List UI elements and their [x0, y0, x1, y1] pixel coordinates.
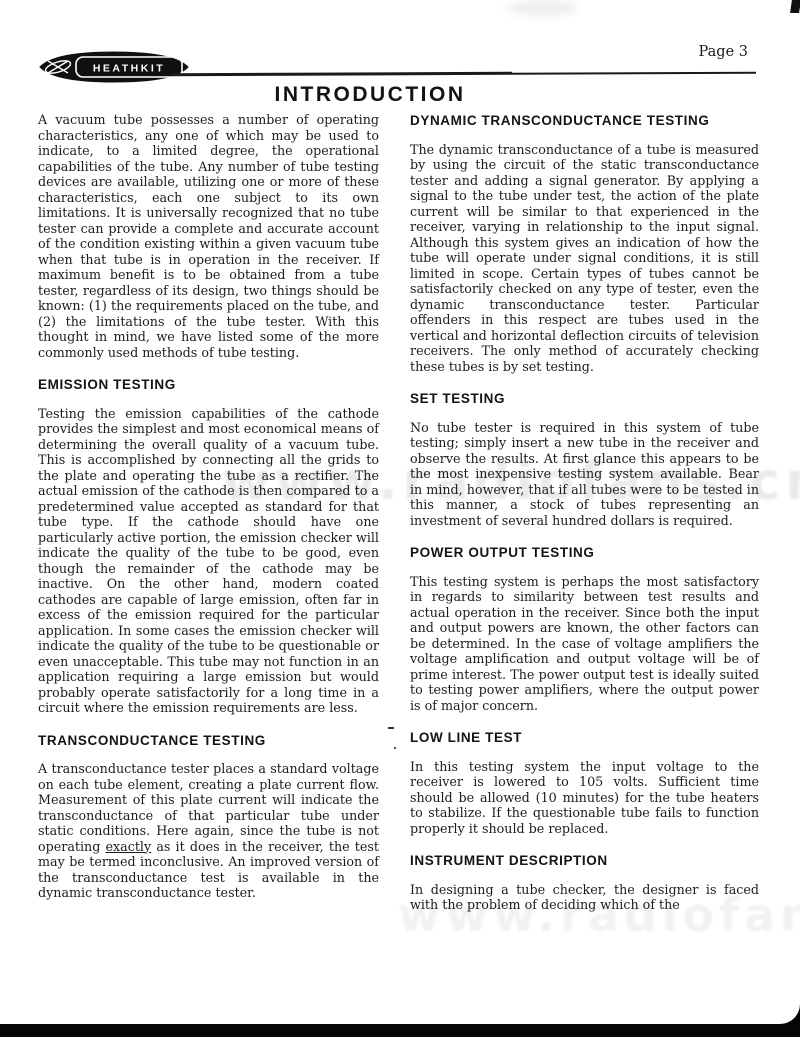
heathkit-logo-graphic: HEATHKIT: [38, 49, 190, 85]
transconductance-testing-paragraph: A transconductance tester places a stand…: [38, 761, 379, 901]
scan-artifact: [790, 0, 800, 13]
dynamic-transconductance-paragraph: The dynamic transconductance of a tube i…: [410, 142, 759, 375]
emission-testing-heading: EMISSION TESTING: [38, 377, 379, 393]
transconductance-testing-heading: TRANSCONDUCTANCE TESTING: [38, 733, 379, 749]
scan-artifact: [508, 0, 578, 16]
dynamic-transconductance-heading: DYNAMIC TRANSCONDUCTANCE TESTING: [410, 113, 759, 129]
scan-edge: [0, 1024, 800, 1037]
left-column: A vacuum tube possesses a number of oper…: [38, 112, 379, 901]
power-output-testing-heading: POWER OUTPUT TESTING: [410, 545, 759, 561]
scan-artifact: [388, 727, 394, 729]
set-testing-heading: SET TESTING: [410, 391, 759, 407]
underlined-word: exactly: [106, 839, 152, 854]
scanned-page-scan: HEATHKIT Page 3 INTRODUCTION www.radiofa…: [0, 0, 800, 1037]
header-rule: [172, 72, 756, 77]
power-output-testing-paragraph: This testing system is perhaps the most …: [410, 574, 759, 714]
page-title: INTRODUCTION: [0, 83, 740, 107]
instrument-description-heading: INSTRUMENT DESCRIPTION: [410, 853, 759, 869]
document-page: HEATHKIT Page 3 INTRODUCTION www.radiofa…: [0, 0, 800, 1024]
low-line-test-paragraph: In this testing system the input voltage…: [410, 759, 759, 837]
scan-artifact: [394, 747, 396, 749]
low-line-test-heading: LOW LINE TEST: [410, 730, 759, 746]
instrument-description-paragraph: In designing a tube checker, the designe…: [410, 882, 759, 913]
right-column: DYNAMIC TRANSCONDUCTANCE TESTING The dyn…: [410, 112, 759, 913]
intro-paragraph: A vacuum tube possesses a number of oper…: [38, 112, 379, 360]
set-testing-paragraph: No tube tester is required in this syste…: [410, 420, 759, 529]
logo-wordmark: HEATHKIT: [93, 63, 165, 75]
emission-testing-paragraph: Testing the emission capabilities of the…: [38, 406, 379, 716]
page-number: Page 3: [699, 44, 748, 60]
